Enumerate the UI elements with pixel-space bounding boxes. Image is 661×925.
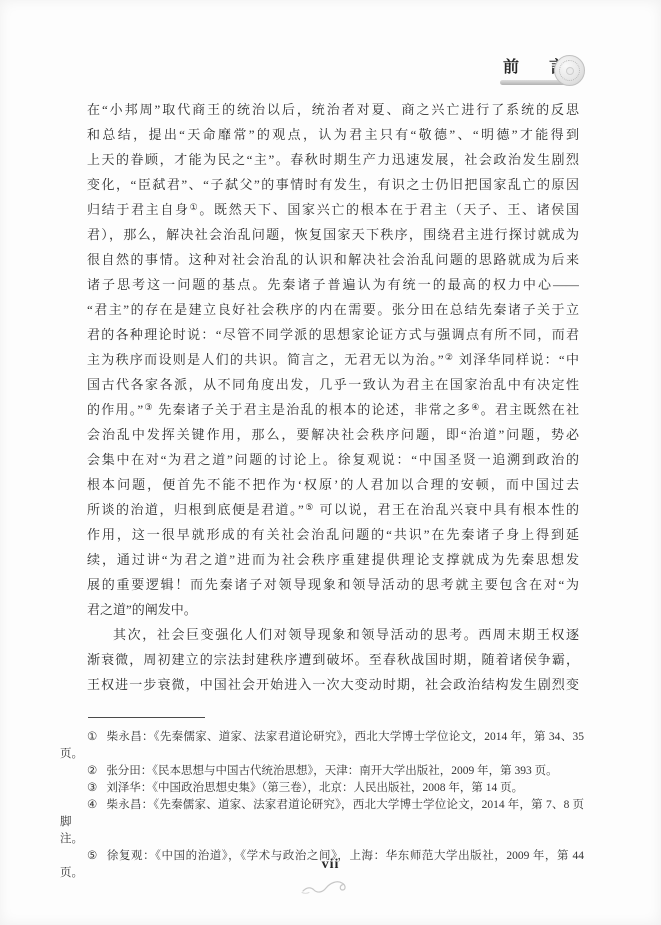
body-line: 和总结，提出“天命靡常”的观点，认为君主只有“敬德”、“明德”才能得到: [87, 122, 579, 147]
body-line: 君），那么，解决社会治乱问题，恢复国家天下秩序，围绕君主进行探讨就成为: [87, 222, 579, 247]
footnote-line: ④柴永昌：《先秦儒家、道家、法家君道论研究》，西北大学博士学位论文，2014 年…: [60, 797, 584, 831]
book-page: 前 言 在“小邦周”取代商王的统治以后，统治者对夏、商之兴亡进行了系统的反思和总…: [0, 0, 661, 925]
body-line: 作用，这一很早就形成的有关社会治乱问题的“共识”在先秦诸子身上得到延: [87, 522, 579, 547]
body-line: 所谈的治道，归根到底便是君道。”⑤ 可以说，君王在治乱兴衰中具有根本性的: [87, 497, 579, 522]
footnote-line: 注。: [60, 831, 584, 848]
body-line: 续，通过讲“为君之道”进而为社会秩序重建提供理论支撑就成为先秦思想发: [87, 547, 579, 572]
body-line: 根本问题，便首先不能不把作为‘权原’的人君加以合理的安顿，而中国过去: [87, 472, 579, 497]
footnote-marker: ③: [87, 782, 97, 794]
footnote-ref: ⑤: [304, 502, 315, 512]
body-line: 归结于君主自身①。既然天下、国家兴亡的根本在于君主（天子、王、诸侯国: [87, 197, 579, 222]
footnote-ref: ②: [444, 352, 455, 362]
body-line: 其次，社会巨变强化人们对领导现象和领导活动的思考。西周末期王权逐: [87, 622, 579, 647]
body-line: 渐衰微，周初建立的宗法封建秩序遭到破坏。至春秋战国时期，随着诸侯争霸，: [87, 647, 579, 672]
body-line: 君之道”的阐发中。: [87, 597, 579, 622]
footnote-line: ②张分田：《民本思想与中国古代统治思想》，天津：南开大学出版社，2009 年，第…: [60, 763, 584, 780]
body-line: 王权进一步衰微，中国社会开始进入一次大变动时期，社会政治结构发生剧烈变: [87, 672, 579, 697]
body-text: 在“小邦周”取代商王的统治以后，统治者对夏、商之兴亡进行了系统的反思和总结，提出…: [87, 97, 579, 697]
body-line: 上天的眷顾，才能为民之“主”。春秋时期生产力迅速发展，社会政治发生剧烈: [87, 147, 579, 172]
footnote-line: 页。: [60, 746, 584, 763]
footnote-line: ③刘泽华：《中国政治思想史集》（第三卷），北京：人民出版社，2008 年，第 1…: [60, 780, 584, 797]
body-line: 会集中在对“为君之道”问题的讨论上。徐复观说：“中国圣贤一追溯到政治的: [87, 447, 579, 472]
footnote-line: ①柴永昌：《先秦儒家、道家、法家君道论研究》，西北大学博士学位论文，2014 年…: [60, 729, 584, 746]
body-line: 会治乱中发挥关键作用，那么，要解决社会秩序问题，即“治道”问题，势必: [87, 422, 579, 447]
coin-core: [566, 67, 574, 75]
footnote-ref: ③: [143, 402, 154, 412]
footnote-separator: [88, 717, 205, 718]
body-line: 的作用。”③ 先秦诸子关于君主是治乱的根本的论述，非常之多④。君主既然在社: [87, 397, 579, 422]
body-line: “君主”的存在是建立良好社会秩序的内在需要。张分田在总结先秦诸子关于立: [87, 297, 579, 322]
body-line: 展的重要逻辑！而先秦诸子对领导现象和领导活动的思考就主要包含在对“为: [87, 572, 579, 597]
body-line: 变化，“臣弑君”、“子弑父”的事情时有发生，有识之士仍旧把国家乱亡的原因: [87, 172, 579, 197]
flourish-icon: [300, 877, 356, 897]
body-line: 诸子思考这一问题的基点。先秦诸子普遍认为有统一的最高的权力中心——: [87, 272, 579, 297]
footnote-ref: ④: [471, 402, 480, 412]
body-line: 君的各种理论时说：“尽管不同学派的思想家论证方式与强调点有所不同，而君: [87, 322, 579, 347]
body-line: 主为秩序而设则是人们的共识。简言之，无君无以为治。”② 刘泽华同样说：“中: [87, 347, 579, 372]
body-line: 国古代各家各派，从不同角度出发，几乎一致认为君主在国家治乱中有决定性: [87, 372, 579, 397]
footnote-ref: ①: [190, 202, 200, 212]
footnote-marker: ④: [87, 799, 98, 811]
footnote-marker: ②: [87, 765, 97, 777]
page-number: vii: [0, 857, 661, 873]
body-line: 很自然的事情。这种对社会治乱的认识和解决社会治乱问题的思路就成为后来: [87, 247, 579, 272]
body-line: 在“小邦周”取代商王的统治以后，统治者对夏、商之兴亡进行了系统的反思: [87, 97, 579, 122]
footnote-marker: ①: [87, 731, 98, 743]
coin-icon: [554, 55, 585, 86]
